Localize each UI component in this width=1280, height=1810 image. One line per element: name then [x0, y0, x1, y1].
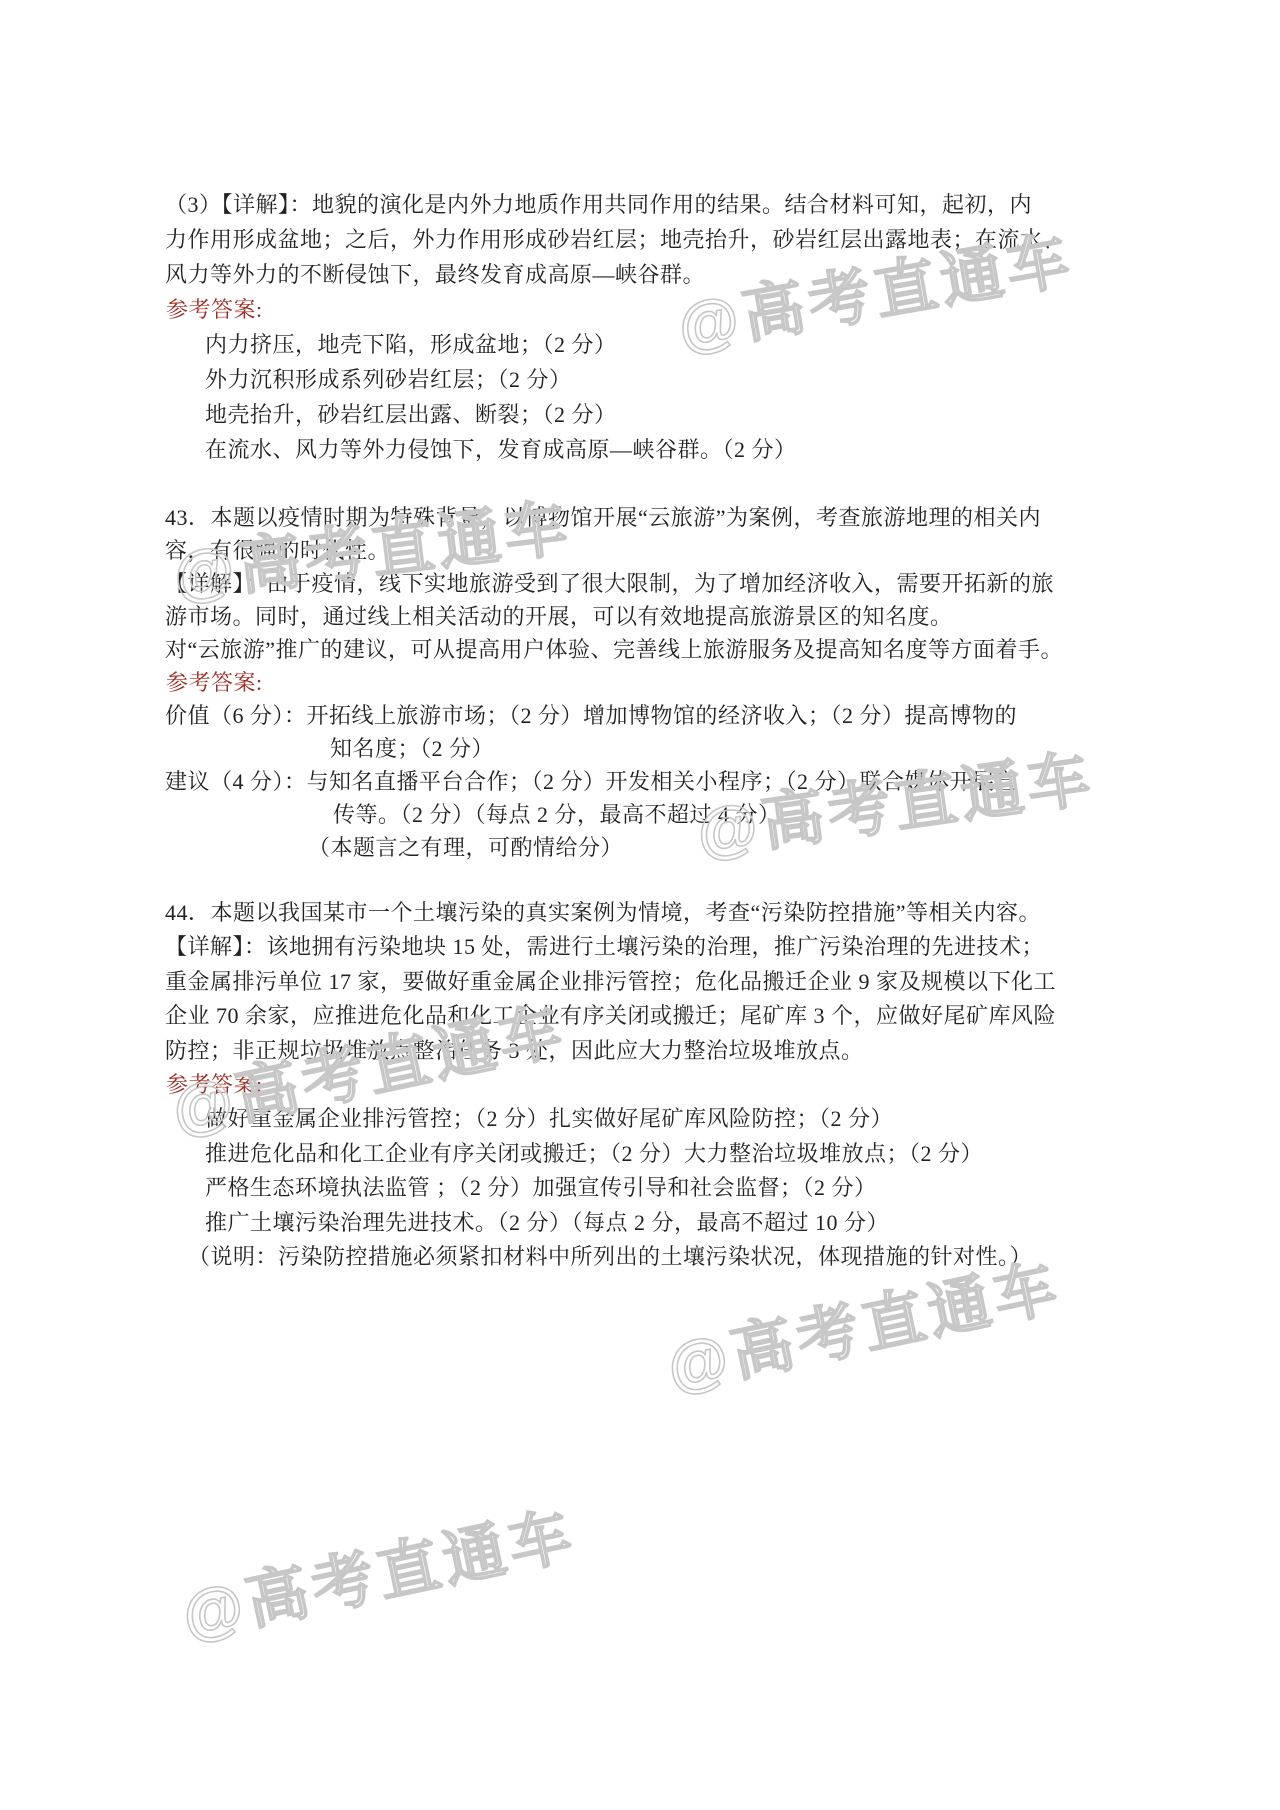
text-line: 传等。（2 分）（每点 2 分，最高不超过 4 分） — [333, 802, 781, 828]
text-line: 地壳抬升，砂岩红层出露、断裂；（2 分） — [205, 402, 617, 428]
text-line: 力作用形成盆地；之后，外力作用形成砂岩红层；地壳抬升，砂岩红层出露地表；在流水、 — [165, 227, 1065, 253]
text-line: 容，有很强的时代性。 — [165, 538, 390, 564]
answer-key-heading: 参考答案: — [166, 297, 263, 323]
text-line: 对“云旅游”推广的建议，可从提高用户体验、完善线上旅游服务及提高知名度等方面着手… — [165, 637, 1063, 663]
document-text-layer: （3）【详解】：地貌的演化是内外力地质作用共同作用的结果。结合材料可知，起初，内… — [0, 0, 1280, 1810]
text-line: 知名度；（2 分） — [330, 736, 494, 762]
scanned-answer-page: { "page": { "background_color": "#ffffff… — [0, 0, 1280, 1810]
text-line: 推广土壤污染治理先进技术。（2 分）（每点 2 分，最高不超过 10 分） — [205, 1210, 889, 1236]
text-line: 重金属排污单位 17 家，要做好重金属企业排污管控；危化品搬迁企业 9 家及规模… — [165, 969, 1056, 995]
text-line: 价值（6 分）：开拓线上旅游市场；（2 分）增加博物馆的经济收入；（2 分）提高… — [165, 703, 1017, 729]
text-line: 【详解】：由于疫情，线下实地旅游受到了很大限制，为了增加经济收入，需要开拓新的旅 — [165, 571, 1054, 597]
text-line: 风力等外力的不断侵蚀下，最终发育成高原—峡谷群。 — [165, 262, 705, 288]
text-line: 严格生态环境执法监管 ；（2 分）加强宣传引导和社会监督；（2 分） — [205, 1175, 877, 1201]
text-line: （3）【详解】：地貌的演化是内外力地质作用共同作用的结果。结合材料可知，起初，内 — [165, 192, 1032, 218]
text-line: 游市场。同时，通过线上相关活动的开展，可以有效地提高旅游景区的知名度。 — [165, 604, 953, 630]
text-line: 44．本题以我国某市一个土壤污染的真实案例为情境，考查“污染防控措施”等相关内容… — [165, 900, 1041, 926]
text-line: 在流水、风力等外力侵蚀下，发育成高原—峡谷群。（2 分） — [205, 437, 797, 463]
text-line: 外力沉积形成系列砂岩红层；（2 分） — [205, 367, 572, 393]
text-line: 企业 70 余家，应推进危化品和化工企业有序关闭或搬迁；尾矿库 3 个，应做好尾… — [165, 1003, 1056, 1029]
text-line: （本题言之有理，可酌情给分） — [308, 835, 623, 861]
text-line: 做好重金属企业排污管控；（2 分）扎实做好尾矿库风险防控；（2 分） — [205, 1106, 893, 1132]
answer-key-heading: 参考答案: — [166, 1072, 263, 1098]
answer-key-heading: 参考答案: — [166, 670, 263, 696]
text-line: 【详解】：该地拥有污染地块 15 处，需进行土壤污染的治理，推广污染治理的先进技… — [165, 934, 1044, 960]
text-line: 建议（4 分）：与知名直播平台合作；（2 分）开发相关小程序；（2 分）联合媒体… — [165, 769, 1017, 795]
text-line: 防控；非正规垃圾堆放点整治任务 3 处，因此应大力整治垃圾堆放点。 — [165, 1038, 864, 1064]
text-line: （说明：污染防控措施必须紧扣材料中所列出的土壤污染状况，体现措施的针对性。） — [188, 1244, 1032, 1270]
text-line: 推进危化品和化工企业有序关闭或搬迁；（2 分）大力整治垃圾堆放点；（2 分） — [205, 1141, 983, 1167]
text-line: 内力挤压，地壳下陷，形成盆地；（2 分） — [205, 332, 617, 358]
text-line: 43．本题以疫情时期为特殊背景，以博物馆开展“云旅游”为案例，考查旅游地理的相关… — [165, 505, 1041, 531]
